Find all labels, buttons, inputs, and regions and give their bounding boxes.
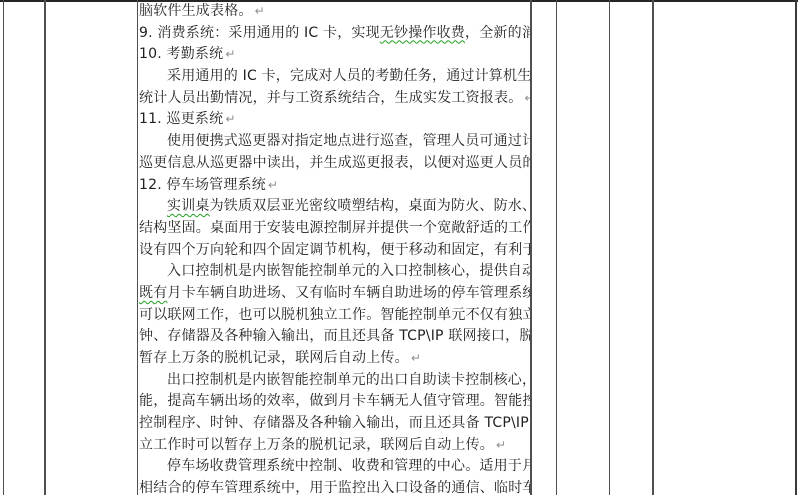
- grammar-flagged-text: 实训桌: [167, 198, 210, 214]
- table-column-border: [137, 0, 138, 495]
- grammar-flagged-text: 无钞操作收费: [380, 25, 465, 41]
- text-segment: 入口控制机是内嵌智能控制单元的入口控制核心，提供自动控制功能，用于: [167, 263, 530, 279]
- text-line[interactable]: 巡更信息从巡更器中读出，并生成巡更报表，以便对巡更人员的考核。↵: [139, 153, 530, 175]
- text-line[interactable]: 既有月卡车辆自助进场、又有临时车辆自助进场的停车管理系统中。入口控制机: [139, 283, 530, 305]
- text-line[interactable]: 能，提高车辆出场的效率，做到月卡车辆无人值守管理。智能控制单元有独立的: [139, 391, 530, 413]
- text-segment: 立工作时可以暂存上万条的脱机记录，联网后自动上传。: [139, 437, 494, 453]
- text-line[interactable]: 出口控制机是内嵌智能控制单元的出口自助读卡控制核心，提供自动控制功: [139, 370, 530, 392]
- paragraph-mark-icon: ↵: [253, 4, 265, 18]
- text-line[interactable]: 使用便携式巡更器对指定地点进行巡查，管理人员可通过计算机专用软件将: [139, 131, 530, 153]
- text-line[interactable]: 统计人员出勤情况，并与工资系统结合，生成实发工资报表。↵: [139, 88, 530, 110]
- document-text-column[interactable]: 脑软件生成表格。↵9. 消费系统：采用通用的 IC 卡，实现无钞操作收费，全新的…: [139, 1, 530, 495]
- paragraph-mark-icon: ↵: [494, 438, 506, 452]
- text-segment: 出口控制机是内嵌智能控制单元的出口自助读卡控制核心，提供自动控制功: [167, 372, 530, 388]
- text-segment: 月卡车辆自助进场、又有临时车辆自助进场的停车管理系统中。入口控制机: [167, 285, 530, 301]
- table-column-border: [44, 0, 46, 495]
- text-line[interactable]: 设有四个万向轮和四个固定调节机构，便于移动和固定，有利于实训室的布局。↵: [139, 240, 530, 262]
- text-line[interactable]: 实训桌为铁质双层亚光密纹喷塑结构，桌面为防火、防水、耐磨高密度板，: [139, 196, 530, 218]
- text-line[interactable]: 采用通用的 IC 卡，完成对人员的考勤任务，通过计算机生成人员出勤报表，: [139, 66, 530, 88]
- text-segment: 统计人员出勤情况，并与工资系统结合，生成实发工资报表。: [139, 90, 522, 106]
- text-segment: ，全新的消费管理模式。: [465, 25, 530, 41]
- text-segment: 12. 停车场管理系统: [139, 177, 266, 193]
- text-line[interactable]: 9. 消费系统：采用通用的 IC 卡，实现无钞操作收费，全新的消费管理模式。↵: [139, 23, 530, 45]
- table-column-border: [652, 0, 654, 495]
- text-line[interactable]: 结构坚固。桌面用于安装电源控制屏并提供一个宽敞舒适的工作台面。实训桌还: [139, 218, 530, 240]
- text-segment: 能，提高车辆出场的效率，做到月卡车辆无人值守管理。智能控制单元有独立的: [139, 393, 530, 409]
- text-line[interactable]: 入口控制机是内嵌智能控制单元的入口控制核心，提供自动控制功能，用于: [139, 261, 530, 283]
- text-line[interactable]: 可以联网工作，也可以脱机独立工作。智能控制单元不仅有独立的控制程序、时: [139, 305, 530, 327]
- grammar-flagged-text: 既有: [139, 285, 167, 301]
- table-column-border: [609, 0, 610, 495]
- table-column-border: [3, 0, 4, 495]
- text-segment: 使用便携式巡更器对指定地点进行巡查，管理人员可通过计算机专用软件将: [167, 133, 530, 149]
- text-line[interactable]: 脑软件生成表格。↵: [139, 1, 530, 23]
- text-segment: 控制程序、时钟、存储器及各种输入输出，而且还具备 TCP\IP 联网接口，脱机独: [139, 415, 530, 431]
- text-line[interactable]: 钟、存储器及各种输入输出，而且还具备 TCP\IP 联网接口，脱机独立工作时可以: [139, 326, 530, 348]
- text-segment: 10. 考勤系统: [139, 46, 223, 62]
- text-segment: 9. 消费系统：采用通用的 IC 卡，实现: [139, 25, 380, 41]
- text-segment: 停车场收费管理系统中控制、收费和管理的中心。适用于月卡车辆和临时车辆: [167, 458, 530, 474]
- text-segment: 结构坚固。桌面用于安装电源控制屏并提供一个宽敞舒适的工作台面。: [139, 220, 530, 236]
- text-line[interactable]: 11. 巡更系统↵: [139, 109, 530, 131]
- table-column-border: [530, 0, 532, 495]
- text-line[interactable]: 10. 考勤系统↵: [139, 44, 530, 66]
- text-segment: 相结合的停车管理系统中，用于监控出入口设备的通信、临时车辆的收费、系统: [139, 480, 530, 495]
- paragraph-mark-icon: ↵: [266, 178, 278, 192]
- text-segment: 采用通用的 IC 卡，完成对人员的考勤任务，通过计算机生成人员出勤报表，: [167, 68, 530, 84]
- text-segment: 11. 巡更系统: [139, 111, 223, 127]
- paragraph-mark-icon: ↵: [522, 91, 530, 105]
- text-segment: 可以联网工作，也可以脱机独立工作。智能控制单元不仅有独立的控制程序、时: [139, 307, 530, 323]
- text-segment: 暂存上万条的脱机记录，联网后自动上传。: [139, 350, 409, 366]
- table-column-border: [556, 0, 557, 495]
- text-segment: 脑软件生成表格。: [139, 3, 253, 19]
- page-right-edge: [795, 0, 797, 495]
- text-segment: 巡更信息从巡更器中读出，并生成巡更报表，以便对巡更人员的考核。: [139, 155, 530, 171]
- paragraph-mark-icon: ↵: [223, 112, 235, 126]
- text-segment: 钟、存储器及各种输入输出，而且还具备 TCP\IP 联网接口，脱机独立工作时可以: [139, 328, 530, 344]
- paragraph-mark-icon: ↵: [409, 351, 421, 365]
- text-line[interactable]: 12. 停车场管理系统↵: [139, 175, 530, 197]
- text-line[interactable]: 停车场收费管理系统中控制、收费和管理的中心。适用于月卡车辆和临时车辆: [139, 456, 530, 478]
- document-page: 脑软件生成表格。↵9. 消费系统：采用通用的 IC 卡，实现无钞操作收费，全新的…: [0, 0, 798, 495]
- text-segment: 为铁质双层亚光密纹喷塑结构，桌面为防火、防水、耐磨高密度板，: [210, 198, 530, 214]
- text-line[interactable]: 立工作时可以暂存上万条的脱机记录，联网后自动上传。↵: [139, 435, 530, 457]
- text-line[interactable]: 暂存上万条的脱机记录，联网后自动上传。↵: [139, 348, 530, 370]
- paragraph-mark-icon: ↵: [223, 47, 235, 61]
- text-line[interactable]: 相结合的停车管理系统中，用于监控出入口设备的通信、临时车辆的收费、系统: [139, 478, 530, 495]
- text-line[interactable]: 控制程序、时钟、存储器及各种输入输出，而且还具备 TCP\IP 联网接口，脱机独: [139, 413, 530, 435]
- text-segment: 设有四个万向轮和四个固定调节机构，便于移动和固定，有利于实训室的布局。: [139, 242, 530, 258]
